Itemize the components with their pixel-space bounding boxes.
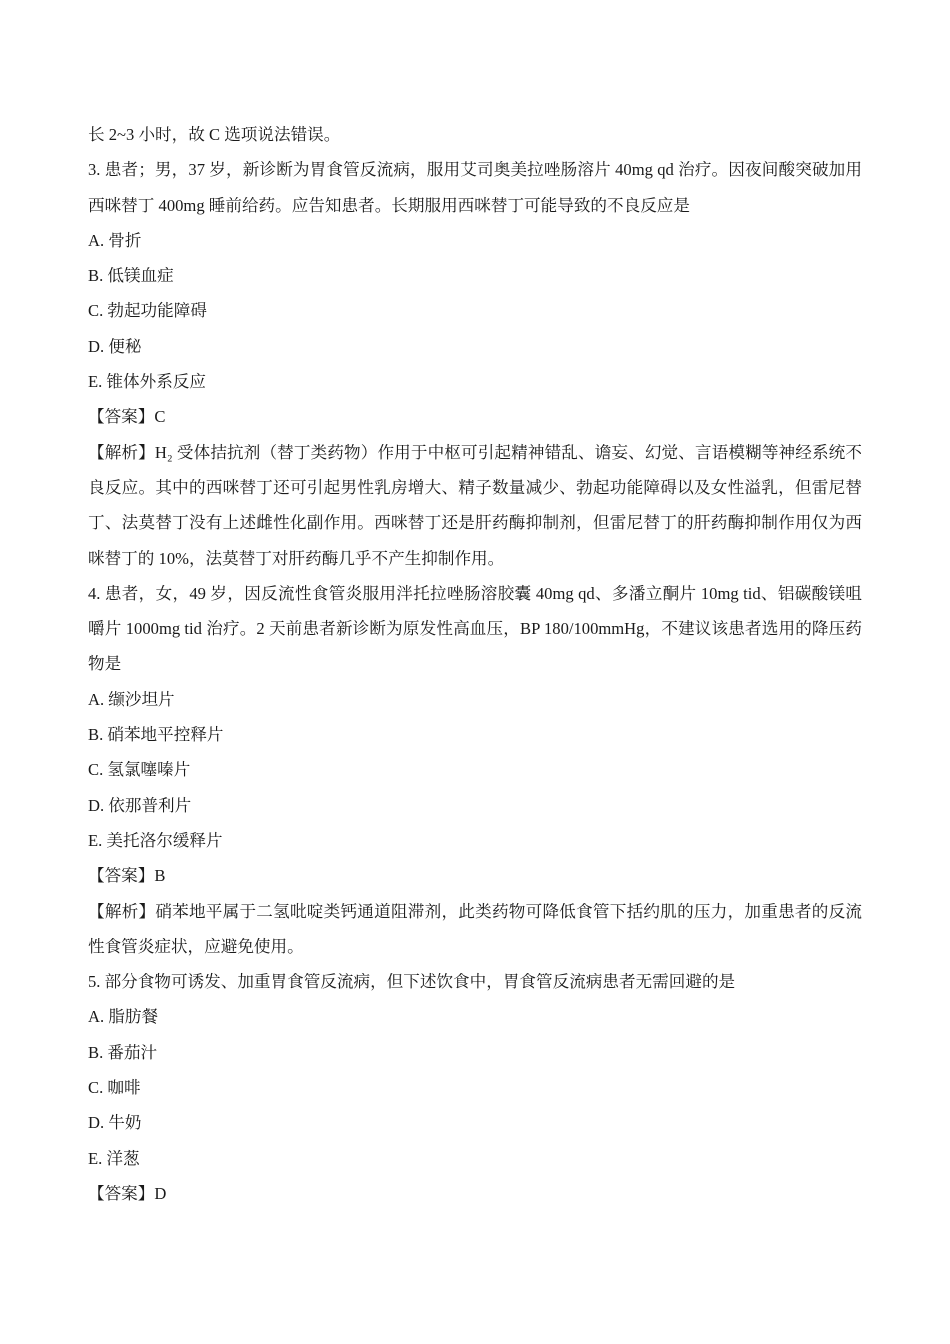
document-body: 长 2~3 小时，故 C 选项说法错误。 3. 患者；男，37 岁，新诊断为胃食… bbox=[88, 117, 862, 1211]
question-5: 5. 部分食物可诱发、加重胃食管反流病，但下述饮食中，胃食管反流病患者无需回避的… bbox=[88, 964, 862, 1211]
answer-label: 【答案】 bbox=[88, 407, 154, 426]
question-4-option-a: A. 缬沙坦片 bbox=[88, 682, 862, 717]
question-5-option-d: D. 牛奶 bbox=[88, 1105, 862, 1140]
answer-value: C bbox=[154, 407, 165, 426]
question-3-option-d: D. 便秘 bbox=[88, 329, 862, 364]
question-4-explanation: 【解析】硝苯地平属于二氢吡啶类钙通道阻滞剂，此类药物可降低食管下括约肌的压力，加… bbox=[88, 894, 862, 965]
question-3-stem: 3. 患者；男，37 岁，新诊断为胃食管反流病，服用艾司奥美拉唑肠溶片 40mg… bbox=[88, 152, 862, 223]
question-3-option-c: C. 勃起功能障碍 bbox=[88, 293, 862, 328]
question-4-option-e: E. 美托洛尔缓释片 bbox=[88, 823, 862, 858]
question-5-option-c: C. 咖啡 bbox=[88, 1070, 862, 1105]
answer-value: D bbox=[154, 1184, 166, 1203]
question-5-answer-line: 【答案】D bbox=[88, 1176, 862, 1211]
question-4-option-c: C. 氢氯噻嗪片 bbox=[88, 752, 862, 787]
question-4-answer-line: 【答案】B bbox=[88, 858, 862, 893]
question-3-option-e: E. 锥体外系反应 bbox=[88, 364, 862, 399]
question-4-stem: 4. 患者，女，49 岁，因反流性食管炎服用泮托拉唑肠溶胶囊 40mg qd、多… bbox=[88, 576, 862, 682]
question-5-option-e: E. 洋葱 bbox=[88, 1141, 862, 1176]
question-4-option-d: D. 依那普利片 bbox=[88, 788, 862, 823]
question-3: 3. 患者；男，37 岁，新诊断为胃食管反流病，服用艾司奥美拉唑肠溶片 40mg… bbox=[88, 152, 862, 576]
answer-label: 【答案】 bbox=[88, 866, 154, 885]
question-5-option-b: B. 番茄汁 bbox=[88, 1035, 862, 1070]
question-3-option-b: B. 低镁血症 bbox=[88, 258, 862, 293]
question-3-explanation: 【解析】H₂ 受体拮抗剂（替丁类药物）作用于中枢可引起精神错乱、谵妄、幻觉、言语… bbox=[88, 435, 862, 576]
answer-label: 【答案】 bbox=[88, 1184, 154, 1203]
question-5-stem: 5. 部分食物可诱发、加重胃食管反流病，但下述饮食中，胃食管反流病患者无需回避的… bbox=[88, 964, 862, 999]
question-3-answer-line: 【答案】C bbox=[88, 399, 862, 434]
question-4: 4. 患者，女，49 岁，因反流性食管炎服用泮托拉唑肠溶胶囊 40mg qd、多… bbox=[88, 576, 862, 964]
question-3-option-a: A. 骨折 bbox=[88, 223, 862, 258]
document-page: 长 2~3 小时，故 C 选项说法错误。 3. 患者；男，37 岁，新诊断为胃食… bbox=[0, 0, 950, 1344]
question-5-option-a: A. 脂肪餐 bbox=[88, 999, 862, 1034]
question-4-option-b: B. 硝苯地平控释片 bbox=[88, 717, 862, 752]
carryover-text: 长 2~3 小时，故 C 选项说法错误。 bbox=[88, 117, 862, 152]
answer-value: B bbox=[154, 866, 165, 885]
